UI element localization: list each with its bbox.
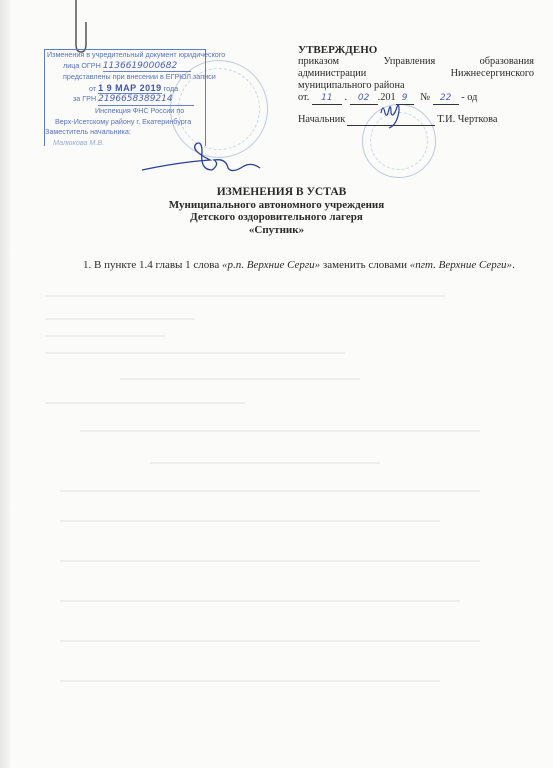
registration-date: 1 9 МАР 2019	[98, 83, 162, 95]
amendment-item-1: 1. В пункте 1.4 главы 1 слова «р.п. Верх…	[40, 258, 537, 272]
approval-heading: УТВЕРЖДЕНО	[298, 44, 534, 56]
order-date-number: от. 11 . 02.2019 № 22 - од	[298, 92, 534, 105]
order-day: 11	[312, 92, 342, 105]
head-signature	[377, 99, 407, 129]
ogrn-value: 1136619000682	[103, 61, 191, 73]
document-title: ИЗМЕНЕНИЯ В УСТАВ Муниципального автоном…	[0, 186, 553, 236]
order-month: 02	[350, 92, 378, 105]
grn-value: 2196658389214	[98, 94, 194, 106]
tax-officer-signature	[140, 140, 270, 180]
signature-line	[347, 113, 435, 126]
registration-stamp: Изменения в учредительный документ юриди…	[44, 49, 206, 146]
order-number: 22	[433, 92, 459, 105]
approval-block: УТВЕРЖДЕНО приказом Управления образован…	[298, 44, 534, 126]
paper-clip-icon	[72, 0, 90, 55]
page-edge	[0, 0, 10, 768]
